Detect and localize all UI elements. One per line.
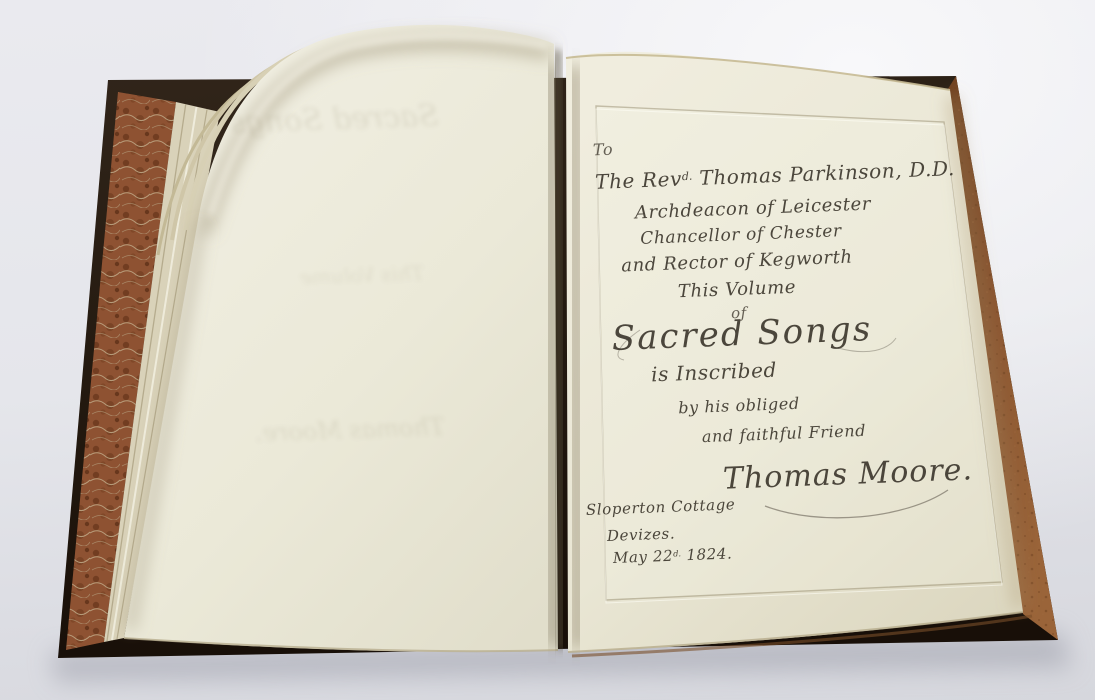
- dedication-line-to: To: [593, 142, 614, 159]
- book-photo-scene: Sacred Songs This Volume Thomas Moore. T…: [0, 0, 1095, 700]
- open-book-illustration: [0, 0, 1095, 700]
- date-line: May 22d. 1824.: [613, 546, 733, 566]
- address-town: Devizes.: [607, 526, 676, 544]
- ghost-showthrough-text: Sacred Songs: [230, 101, 440, 138]
- date-day: May 22: [613, 547, 674, 567]
- work-title: Sacred Songs: [611, 312, 873, 356]
- recipient-prefix: The Rev: [595, 167, 683, 194]
- date-year: 1824.: [681, 544, 733, 564]
- right-page-gutter-shade: [574, 66, 578, 648]
- ghost-showthrough-text: Thomas Moore.: [255, 415, 445, 446]
- dedication-this-volume: This Volume: [678, 279, 797, 302]
- gutter-shadow: [557, 50, 561, 650]
- ghost-showthrough-text: This Volume: [300, 263, 425, 287]
- dedication-by-his-obliged: by his obliged: [678, 396, 800, 417]
- dedication-is-inscribed: is Inscribed: [651, 360, 778, 385]
